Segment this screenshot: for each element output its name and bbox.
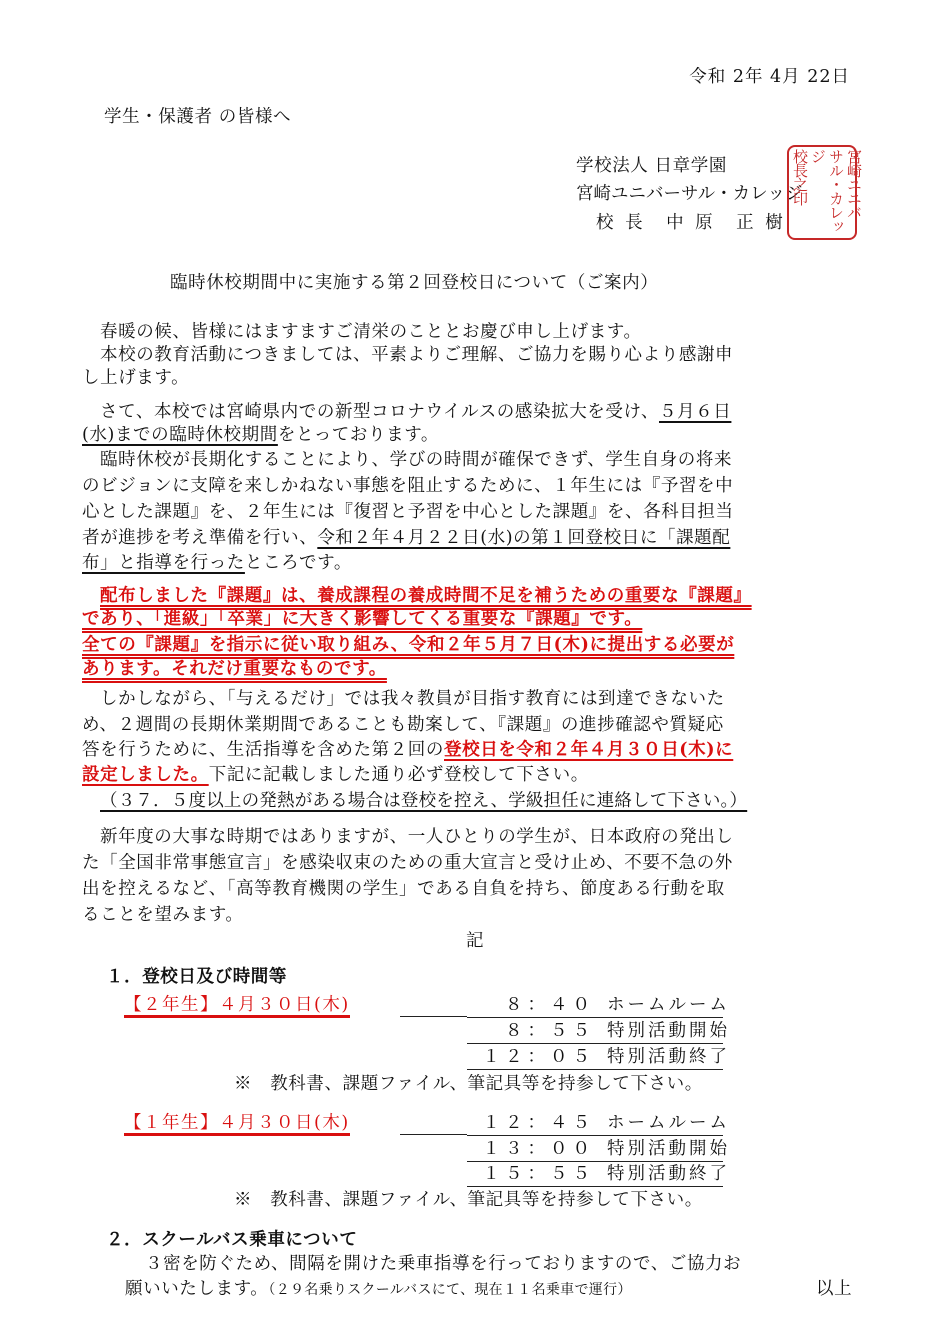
closure-date-underlined: ５月６日: [659, 402, 731, 422]
emphasis-line4: あります。それだけ重要なものです。: [82, 658, 387, 681]
para6-line3: 出を控えるなど、「高等教育機関の学生」である自負を持ち、節度ある行動を取: [82, 878, 725, 901]
emphasis-text: あります。それだけ重要なものです。: [82, 659, 387, 679]
section2-heading: ２．スクールバス乗車について: [106, 1229, 357, 1252]
assignment-distribution-underlined: 布」と指導を行った: [82, 553, 245, 573]
schedule-time: １５：５５: [483, 1163, 596, 1186]
schedule-row: １３：００ 特別活動開始: [467, 1138, 723, 1162]
grade1-note: ※ 教科書、課題ファイル、筆記具等を持参して下さい。: [234, 1189, 703, 1212]
para2-line1: 本校の教育活動につきましては、平素よりご理解、ご協力を賜り心より感謝申: [100, 344, 733, 367]
schedule-time: １２：４５: [483, 1112, 596, 1135]
para4-text: 者が進捗を考え準備を行い、: [82, 528, 317, 548]
seal-text-col-2: サル・カレッジ: [809, 149, 845, 236]
para3-line2: (水)までの臨時休校期間をとっております。: [82, 424, 439, 447]
para3-text-end: をとっております。: [278, 425, 439, 445]
schedule-row: ８：４０ ホームルーム: [467, 994, 723, 1018]
fever-note-text: （３７．５度以上の発熱がある場合は登校を控え、学級担任に連絡して下さい。）: [100, 791, 747, 811]
grade2-date: 【２年生】４月３０日(木): [124, 995, 350, 1018]
schedule-row: ８：５５ 特別活動開始: [467, 1020, 723, 1044]
para3-line1: さて、本校では宮崎県内での新型コロナウイルスの感染拡大を受け、５月６日: [100, 401, 731, 424]
ki-marker: 記: [466, 930, 484, 953]
closure-period-underlined: (水)までの臨時休校期間: [82, 425, 278, 445]
set-emphasis: 設定しました。: [82, 765, 209, 785]
schedule-time: ８：５５: [505, 1020, 595, 1043]
para5-line3: 答を行うために、生活指導を含めた第２回の登校日を令和２年４月３０日(木)に: [82, 739, 733, 762]
schedule-event: 特別活動終了: [607, 1046, 730, 1069]
grade2-label: 【２年生】４月３０日(木): [124, 994, 350, 1017]
para4-line4: 者が進捗を考え準備を行い、令和２年４月２２日(水)の第１回登校日に「課題配: [82, 527, 730, 550]
emphasis-text: 配布しました『課題』は、養成課程の養成時間不足を補うための重要な『課題』: [100, 586, 752, 606]
para5-line4: 設定しました。下記に記載しました通り必ず登校して下さい。: [82, 764, 589, 787]
emphasis-line2: であり、「進級」「卒業」に大きく影響してくる重要な『課題』です。: [82, 608, 642, 631]
schedule-event: 特別活動終了: [607, 1163, 730, 1186]
fever-note: （３７．５度以上の発熱がある場合は登校を控え、学級担任に連絡して下さい。）: [100, 790, 747, 813]
grade2-connector-line: [400, 1016, 467, 1017]
sender-school: 宮崎ユニバーサル・カレッジ: [576, 183, 802, 206]
schedule-event: 特別活動開始: [607, 1020, 730, 1043]
addressee: 学生・保護者 の皆様へ: [104, 106, 291, 129]
schedule-event: ホームルーム: [607, 1112, 730, 1135]
second-school-day-emphasis: 登校日を令和２年４月３０日(木)に: [444, 740, 733, 760]
schedule-event: ホームルーム: [607, 994, 730, 1017]
emphasis-line3: 全ての『課題』を指示に従い取り組み、令和２年５月７日(木)に提出する必要が: [82, 634, 734, 657]
schedule-time: １２：０５: [483, 1046, 596, 1069]
grade1-connector-line: [400, 1134, 467, 1135]
para2-line2: し上げます。: [82, 367, 189, 390]
sender-principal: 校 長 中 原 正 樹: [596, 212, 786, 235]
para6-line4: ることを望みます。: [82, 904, 244, 927]
para5-line1: しかしながら、「与えるだけ」では我々教員が目指す教育には到達できないた: [100, 688, 725, 711]
para6-line1: 新年度の大事な時期ではありますが、一人ひとりの学生が、日本政府の発出し: [100, 826, 734, 849]
document-title: 臨時休校期間中に実施する第２回登校日について（ご案内）: [170, 272, 658, 295]
schedule-row: １２：４５ ホームルーム: [467, 1112, 723, 1136]
para5-line2: め、２週間の長期休業期間であることも勘案して、『課題』の進捗確認や質疑応: [82, 714, 724, 737]
section1-heading: １．登校日及び時間等: [106, 966, 287, 989]
section2-number: ２．: [106, 1230, 142, 1250]
bus-capacity-note: （２９名乗りスクールバスにて、現在１１名乗車で運行）: [268, 1282, 631, 1298]
document-date: 令和 2年 4月 22日: [689, 66, 850, 89]
sender-org: 学校法人 日章学園: [576, 155, 727, 178]
para4-text-end: ところです。: [245, 553, 352, 573]
seal-text-col-3: 校長之印: [791, 149, 809, 236]
para5-text: 答を行うために、生活指導を含めた第２回の: [82, 740, 444, 760]
bus-line2: 願いいたします。（２９名乗りスクールバスにて、現在１１名乗車で運行）: [125, 1278, 632, 1302]
para4-line1: 臨時休校が長期化することにより、学びの時間が確保できず、学生自身の将来: [100, 449, 732, 472]
seal-text-col-1: 宮崎ユニバ: [845, 149, 863, 236]
grade1-label: 【１年生】４月３０日(木): [124, 1112, 350, 1135]
first-school-day-underlined: 令和２年４月２２日(水)の第１回登校日に「課題配: [317, 528, 730, 548]
para4-line3: 心とした課題』を、２年生には『復習と予習を中心とした課題』を、各科目担当: [82, 501, 734, 524]
grade2-note: ※ 教科書、課題ファイル、筆記具等を持参して下さい。: [234, 1073, 703, 1096]
para4-line2: のビジョンに支障を来しかねない事態を阻止するために、１年生には『予習を中: [82, 475, 733, 498]
para5-text-end: 下記に記載しました通り必ず登校して下さい。: [209, 765, 589, 785]
section2-title: スクールバス乗車について: [142, 1230, 357, 1250]
greeting-line: 春暖の候、皆様にはますますご清栄のこととお慶び申し上げます。: [100, 321, 642, 344]
para4-line5: 布」と指導を行ったところです。: [82, 552, 352, 575]
schedule-row: １５：５５ 特別活動終了: [467, 1163, 723, 1187]
section1-title: 登校日及び時間等: [142, 967, 287, 987]
para6-line2: た「全国非常事態宣言」を感染収束のための重大宣言と受け止め、不要不急の外: [82, 852, 733, 875]
bus-line1: ３密を防ぐため、間隔を開けた乗車指導を行っておりますので、ご協力お: [145, 1253, 741, 1276]
emphasis-text: 全ての『課題』を指示に従い取り組み、令和２年５月７日(木)に提出する必要が: [82, 635, 734, 655]
bus-text: 願いいたします。: [125, 1279, 268, 1299]
para3-text: さて、本校では宮崎県内での新型コロナウイルスの感染拡大を受け、: [100, 402, 659, 422]
closing-ijou: 以上: [816, 1278, 852, 1301]
schedule-event: 特別活動開始: [607, 1138, 730, 1161]
emphasis-text: であり、「進級」「卒業」に大きく影響してくる重要な『課題』です。: [82, 609, 642, 629]
official-seal: 宮崎ユニバ サル・カレッジ 校長之印: [787, 145, 857, 240]
schedule-time: １３：００: [483, 1138, 596, 1161]
schedule-time: ８：４０: [505, 994, 595, 1017]
schedule-row: １２：０５ 特別活動終了: [467, 1046, 723, 1070]
section1-number: １．: [106, 967, 142, 987]
emphasis-line1: 配布しました『課題』は、養成課程の養成時間不足を補うための重要な『課題』: [100, 585, 752, 608]
grade1-date: 【１年生】４月３０日(木): [124, 1113, 350, 1136]
